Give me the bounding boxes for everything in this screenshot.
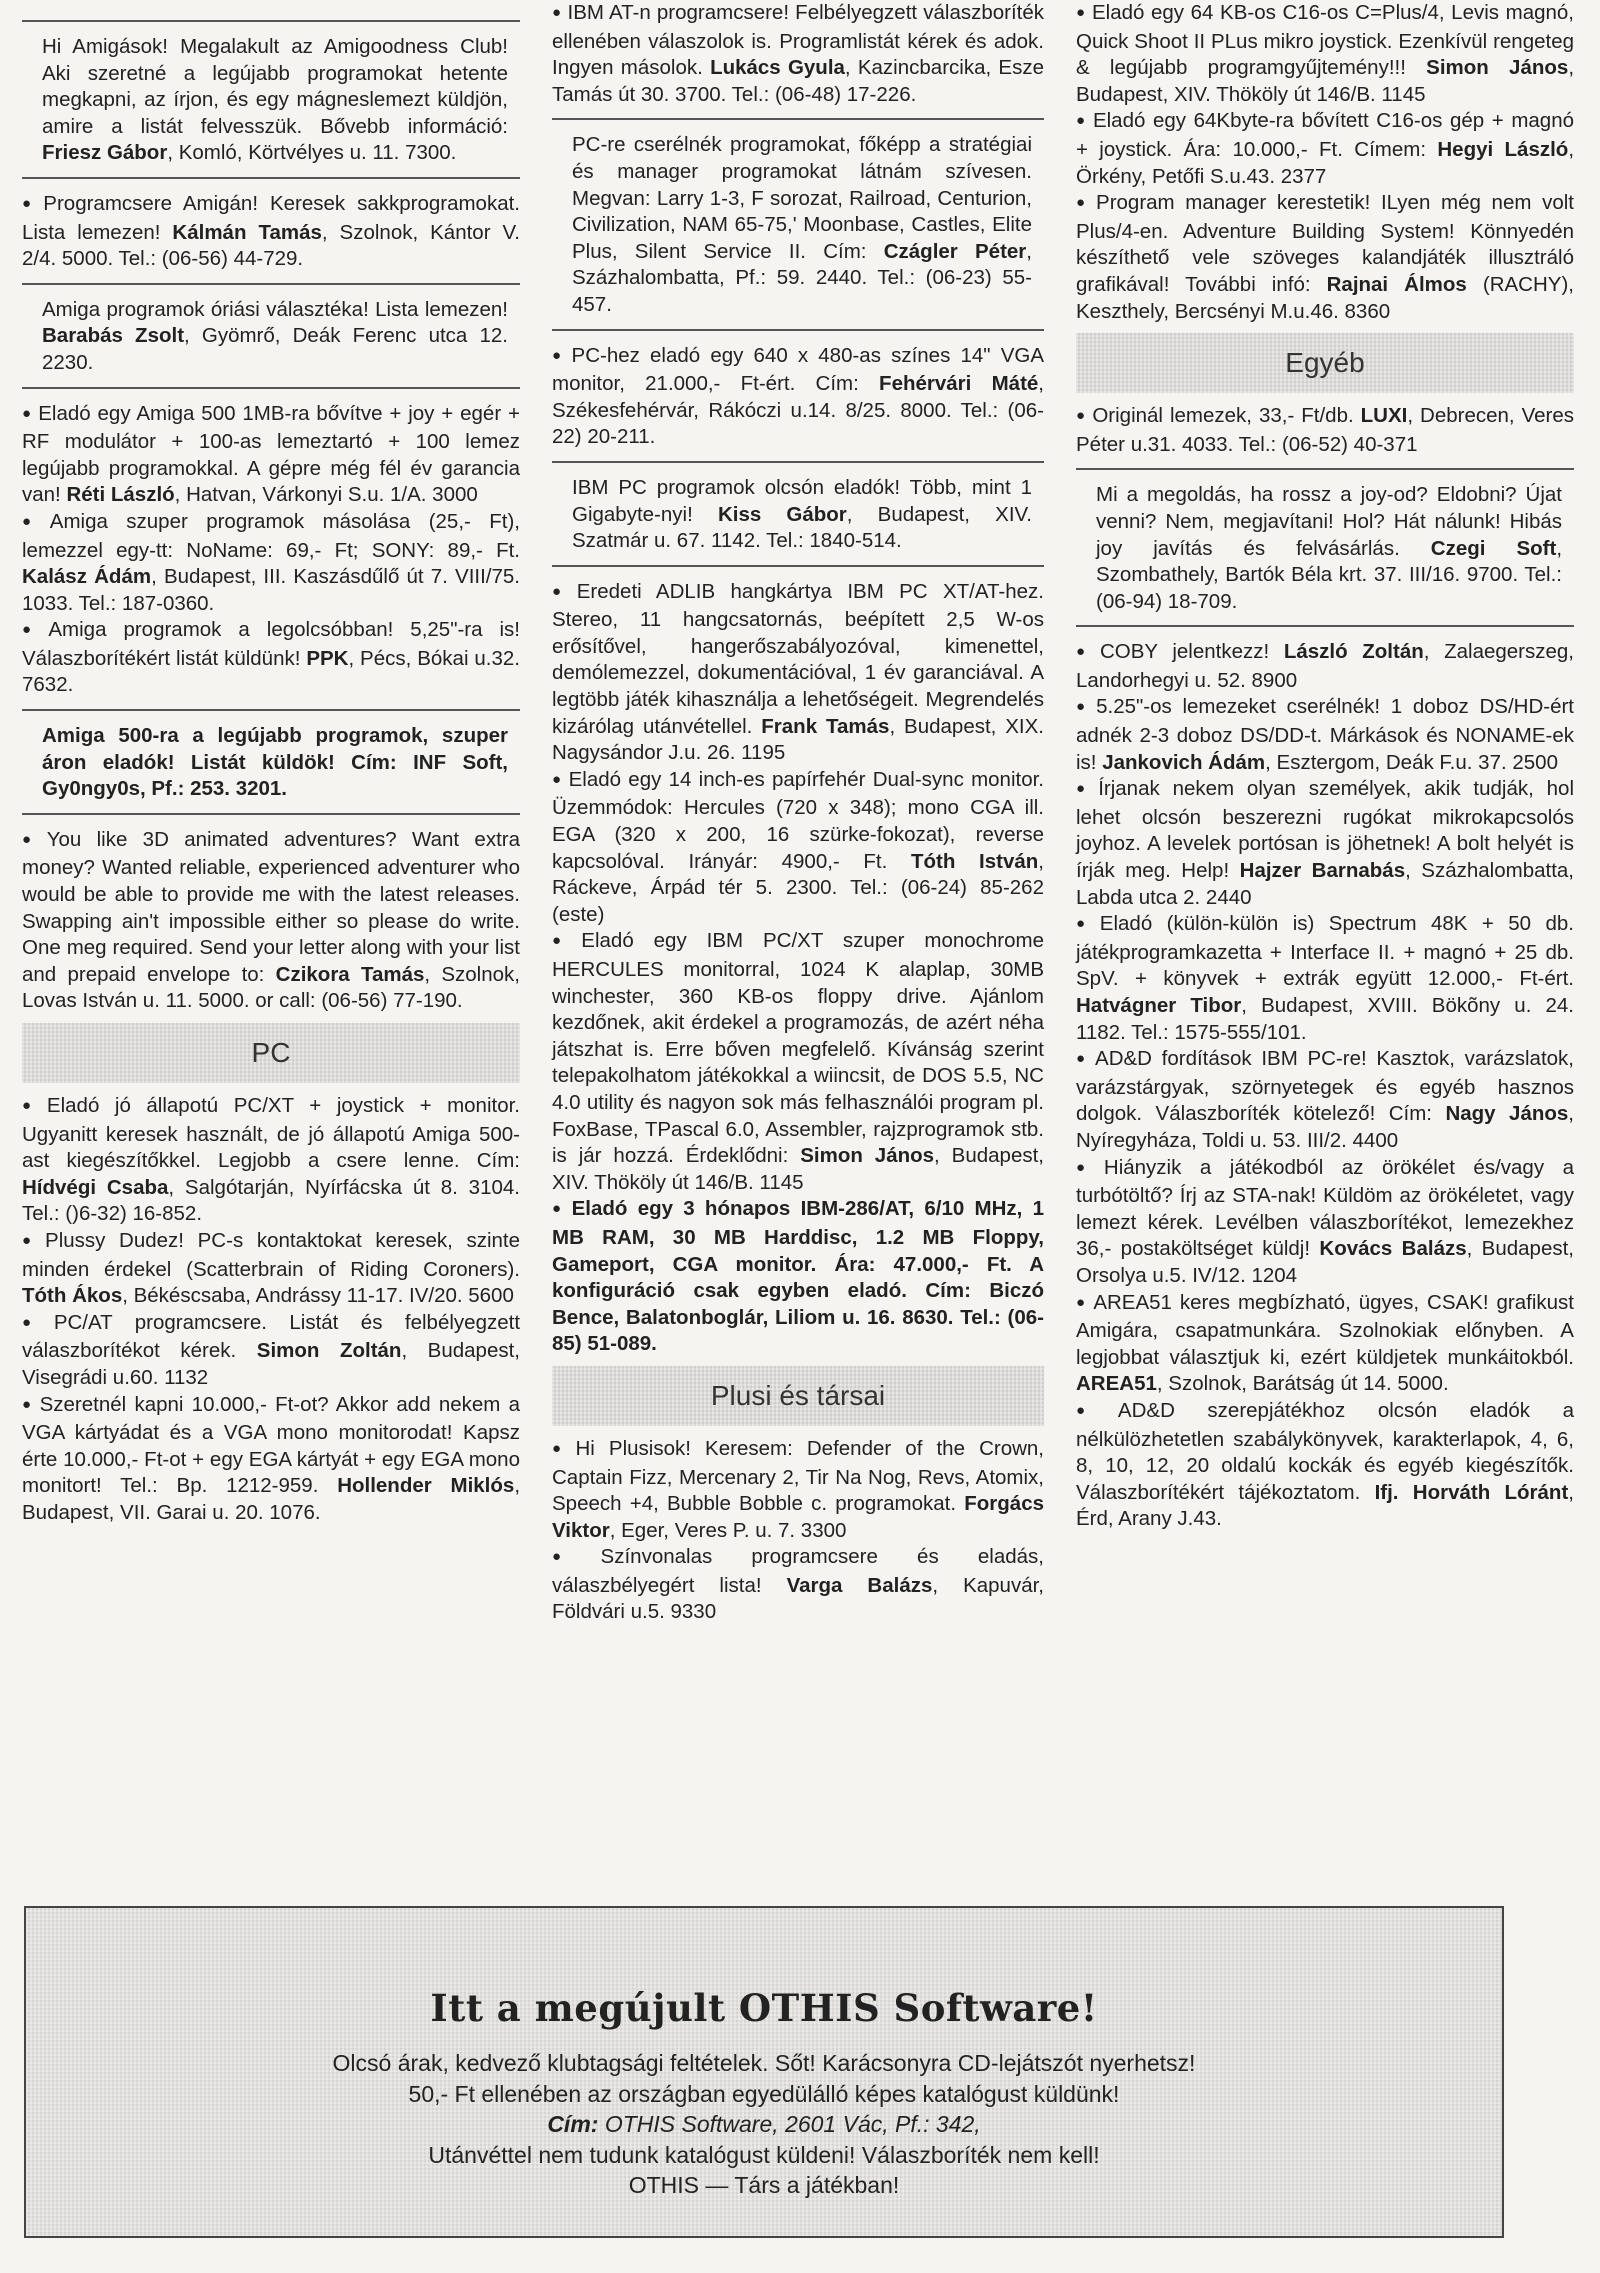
advertiser-name: PPK bbox=[306, 647, 348, 670]
classified-ad: Írjanak nekem olyan személyek, akik tudj… bbox=[1076, 776, 1574, 911]
advertiser-name: Ifj. Horváth Lóránt bbox=[1375, 1481, 1569, 1504]
divider bbox=[1076, 625, 1574, 627]
ad-text: Eladó egy 3 hónapos IBM-286/AT, 6/10 MHz… bbox=[552, 1197, 1044, 1355]
classified-ad: Eladó jó állapotú PC/XT + joystick + mon… bbox=[22, 1093, 520, 1228]
classified-ad: Eladó egy 14 inch-es papírfehér Dual-syn… bbox=[552, 767, 1044, 929]
ad-text: , Békéscsaba, Andrássy 11-17. IV/20. 560… bbox=[122, 1284, 514, 1307]
classified-ad: Eladó egy 64 KB-os C16-os C=Plus/4, Levi… bbox=[1076, 0, 1574, 108]
classified-ad: Mi a megoldás, ha rossz a joy-od? Eldobn… bbox=[1076, 482, 1574, 615]
divider bbox=[552, 329, 1044, 331]
advertiser-name: Simon János bbox=[1426, 56, 1568, 79]
classified-ad: Eladó egy 3 hónapos IBM-286/AT, 6/10 MHz… bbox=[552, 1196, 1044, 1358]
banner-address: Cím: OTHIS Software, 2601 Vác, Pf.: 342, bbox=[26, 2109, 1502, 2140]
ad-text: Originál lemezek, 33,- Ft/db. bbox=[1092, 404, 1360, 427]
divider bbox=[22, 387, 520, 389]
classified-ad: PC-hez eladó egy 640 x 480-as színes 14"… bbox=[552, 343, 1044, 451]
advertiser-name: Hídvégi Csaba bbox=[22, 1176, 168, 1199]
ad-text: , Hatvan, Várkonyi S.u. 1/A. 3000 bbox=[175, 483, 478, 506]
classified-ad: Hi Amigások! Megalakult az Amigoodness C… bbox=[22, 34, 520, 167]
ad-text: AREA51 keres megbízható, ügyes, CSAK! gr… bbox=[1076, 1291, 1574, 1369]
divider bbox=[22, 709, 520, 711]
advertiser-name: Frank Tamás bbox=[761, 715, 889, 738]
classified-ad: PC/AT programcsere. Listát és felbélyegz… bbox=[22, 1310, 520, 1392]
classified-ad: AREA51 keres megbízható, ügyes, CSAK! gr… bbox=[1076, 1290, 1574, 1398]
advertiser-name: Fehérvári Máté bbox=[879, 372, 1038, 395]
ad-text: , Komló, Körtvélyes u. 11. 7300. bbox=[167, 141, 456, 164]
classified-ad: IBM PC programok olcsón eladók! Több, mi… bbox=[552, 475, 1044, 555]
ad-text: Amiga 500-ra a legújabb programok, szupe… bbox=[42, 724, 508, 800]
classified-ad: Hi Plusisok! Keresem: Defender of the Cr… bbox=[552, 1436, 1044, 1544]
classified-ad: Program manager kerestetik! ILyen még ne… bbox=[1076, 190, 1574, 325]
classified-ad: Eladó (külön-külön is) Spectrum 48K + 50… bbox=[1076, 911, 1574, 1046]
classified-ad: Amiga programok a legolcsóbban! 5,25"-ra… bbox=[22, 617, 520, 699]
advertiser-name: Jankovich Ádám bbox=[1102, 751, 1265, 774]
section-header: Plusi és társai bbox=[552, 1366, 1044, 1426]
classified-ad: AD&D fordítások IBM PC-re! Kasztok, vará… bbox=[1076, 1046, 1574, 1154]
ad-text: Eladó (külön-külön is) Spectrum 48K + 50… bbox=[1076, 912, 1574, 990]
advertiser-name: Lukács Gyula bbox=[710, 56, 845, 79]
divider bbox=[1076, 468, 1574, 470]
classified-ad: You like 3D animated adventures? Want ex… bbox=[22, 827, 520, 1015]
advertiser-name: Czegi Soft bbox=[1431, 537, 1557, 560]
section-header: Egyéb bbox=[1076, 333, 1574, 393]
classified-ad: Eladó egy 64Kbyte-ra bővített C16-os gép… bbox=[1076, 108, 1574, 190]
ad-text: COBY jelentkezz! bbox=[1100, 640, 1284, 663]
ad-text: , Szolnok, Barátság út 14. 5000. bbox=[1157, 1372, 1449, 1395]
classified-ad: Originál lemezek, 33,- Ft/db. LUXI, Debr… bbox=[1076, 403, 1574, 458]
divider bbox=[22, 20, 520, 22]
advertiser-name: Hollender Miklós bbox=[337, 1474, 514, 1497]
divider bbox=[552, 118, 1044, 120]
classified-ad: Eladó egy Amiga 500 1MB-ra bővítve + joy… bbox=[22, 401, 520, 509]
column-right: Eladó egy 64 KB-os C16-os C=Plus/4, Levi… bbox=[1076, 0, 1574, 1880]
advertiser-name: Czikora Tamás bbox=[276, 963, 425, 986]
ad-text: , Eger, Veres P. u. 7. 3300 bbox=[610, 1519, 847, 1542]
advertiser-name: Czágler Péter bbox=[884, 240, 1027, 263]
advertiser-name: Varga Balázs bbox=[787, 1574, 933, 1597]
classified-ad: Amiga programok óriási választéka! Lista… bbox=[22, 297, 520, 377]
advertiser-name: Kalász Ádám bbox=[22, 565, 151, 588]
divider bbox=[22, 177, 520, 179]
column-left: Hi Amigások! Megalakult az Amigoodness C… bbox=[22, 0, 520, 1880]
divider bbox=[22, 813, 520, 815]
column-middle: IBM AT-n programcsere! Felbélyegzett vál… bbox=[552, 0, 1044, 1880]
classified-ad: COBY jelentkezz! László Zoltán, Zalaeger… bbox=[1076, 639, 1574, 694]
advertiser-name: Simon Zoltán bbox=[257, 1339, 402, 1362]
ad-text: Eladó egy IBM PC/XT szuper monochrome HE… bbox=[552, 929, 1044, 1167]
advertiser-name: Tóth Ákos bbox=[22, 1284, 122, 1307]
classifieds-columns: Hi Amigások! Megalakult az Amigoodness C… bbox=[22, 0, 1582, 1880]
banner-line: 50,- Ft ellenében az országban egyedülál… bbox=[26, 2079, 1502, 2110]
classified-ad: Amiga 500-ra a legújabb programok, szupe… bbox=[22, 723, 520, 803]
advertiser-name: Barabás Zsolt bbox=[42, 324, 184, 347]
banner-line: Olcsó árak, kedvező klubtagsági feltétel… bbox=[26, 2048, 1502, 2079]
classified-ad: Eladó egy IBM PC/XT szuper monochrome HE… bbox=[552, 928, 1044, 1196]
classified-ad: Amiga szuper programok másolása (25,- Ft… bbox=[22, 509, 520, 617]
ad-text: Amiga szuper programok másolása (25,- Ft… bbox=[22, 510, 520, 562]
divider bbox=[22, 283, 520, 285]
section-header: PC bbox=[22, 1023, 520, 1083]
classified-ad: AD&D szerepjátékhoz olcsón eladók a nélk… bbox=[1076, 1398, 1574, 1533]
advertiser-name: LUXI bbox=[1361, 404, 1408, 427]
classified-ad: Színvonalas programcsere és eladás, vála… bbox=[552, 1544, 1044, 1626]
divider bbox=[552, 461, 1044, 463]
classified-ad: IBM AT-n programcsere! Felbélyegzett vál… bbox=[552, 0, 1044, 108]
banner-address-label: Cím: bbox=[547, 2111, 598, 2137]
banner-title: Itt a megújult OTHIS Software! bbox=[26, 1986, 1502, 2030]
advertiser-name: Nagy János bbox=[1445, 1102, 1568, 1125]
othis-advertisement-banner: Itt a megújult OTHIS Software! Olcsó ára… bbox=[24, 1906, 1504, 2238]
classified-ad: Programcsere Amigán! Keresek sakkprogram… bbox=[22, 191, 520, 273]
divider bbox=[552, 565, 1044, 567]
banner-body: Olcsó árak, kedvező klubtagsági feltétel… bbox=[26, 2048, 1502, 2201]
ad-text: Hi Amigások! Megalakult az Amigoodness C… bbox=[42, 35, 508, 138]
ad-text: Eladó jó állapotú PC/XT + joystick + mon… bbox=[22, 1094, 520, 1172]
advertiser-name: László Zoltán bbox=[1284, 640, 1424, 663]
advertiser-name: Hegyi László bbox=[1437, 138, 1568, 161]
advertiser-name: Hajzer Barnabás bbox=[1240, 859, 1405, 882]
advertiser-name: Simon János bbox=[800, 1144, 934, 1167]
classified-ad: Eredeti ADLIB hangkártya IBM PC XT/AT-he… bbox=[552, 579, 1044, 767]
ad-text: , Esztergom, Deák F.u. 37. 2500 bbox=[1265, 751, 1558, 774]
advertiser-name: Friesz Gábor bbox=[42, 141, 167, 164]
advertiser-name: Tóth István bbox=[911, 850, 1038, 873]
classified-ad: 5.25"-os lemezeket cserélnék! 1 doboz DS… bbox=[1076, 694, 1574, 776]
advertiser-name: Kálmán Tamás bbox=[172, 221, 321, 244]
classified-ad: Hiányzik a játékodból az örökélet és/vag… bbox=[1076, 1155, 1574, 1290]
classified-ad: Plussy Dudez! PC-s kontaktokat keresek, … bbox=[22, 1228, 520, 1310]
classified-ad: Szeretnél kapni 10.000,- Ft-ot? Akkor ad… bbox=[22, 1392, 520, 1527]
ad-text: Amiga programok óriási választéka! Lista… bbox=[42, 298, 508, 321]
classified-ad: PC-re cserélnék programokat, főképp a st… bbox=[552, 132, 1044, 318]
advertiser-name: Réti László bbox=[66, 483, 174, 506]
advertiser-name: Rajnai Álmos bbox=[1327, 273, 1467, 296]
ad-text: Plussy Dudez! PC-s kontaktokat keresek, … bbox=[22, 1229, 520, 1281]
banner-slogan: OTHIS — Társ a játékban! bbox=[26, 2170, 1502, 2201]
advertiser-name: Kovács Balázs bbox=[1319, 1237, 1466, 1260]
banner-address-value: OTHIS Software, 2601 Vác, Pf.: 342, bbox=[598, 2111, 980, 2137]
advertiser-name: Kiss Gábor bbox=[718, 503, 847, 526]
advertiser-name: AREA51 bbox=[1076, 1372, 1157, 1395]
banner-line: Utánvéttel nem tudunk katalógust küldeni… bbox=[26, 2140, 1502, 2171]
advertiser-name: Hatvágner Tibor bbox=[1076, 994, 1241, 1017]
